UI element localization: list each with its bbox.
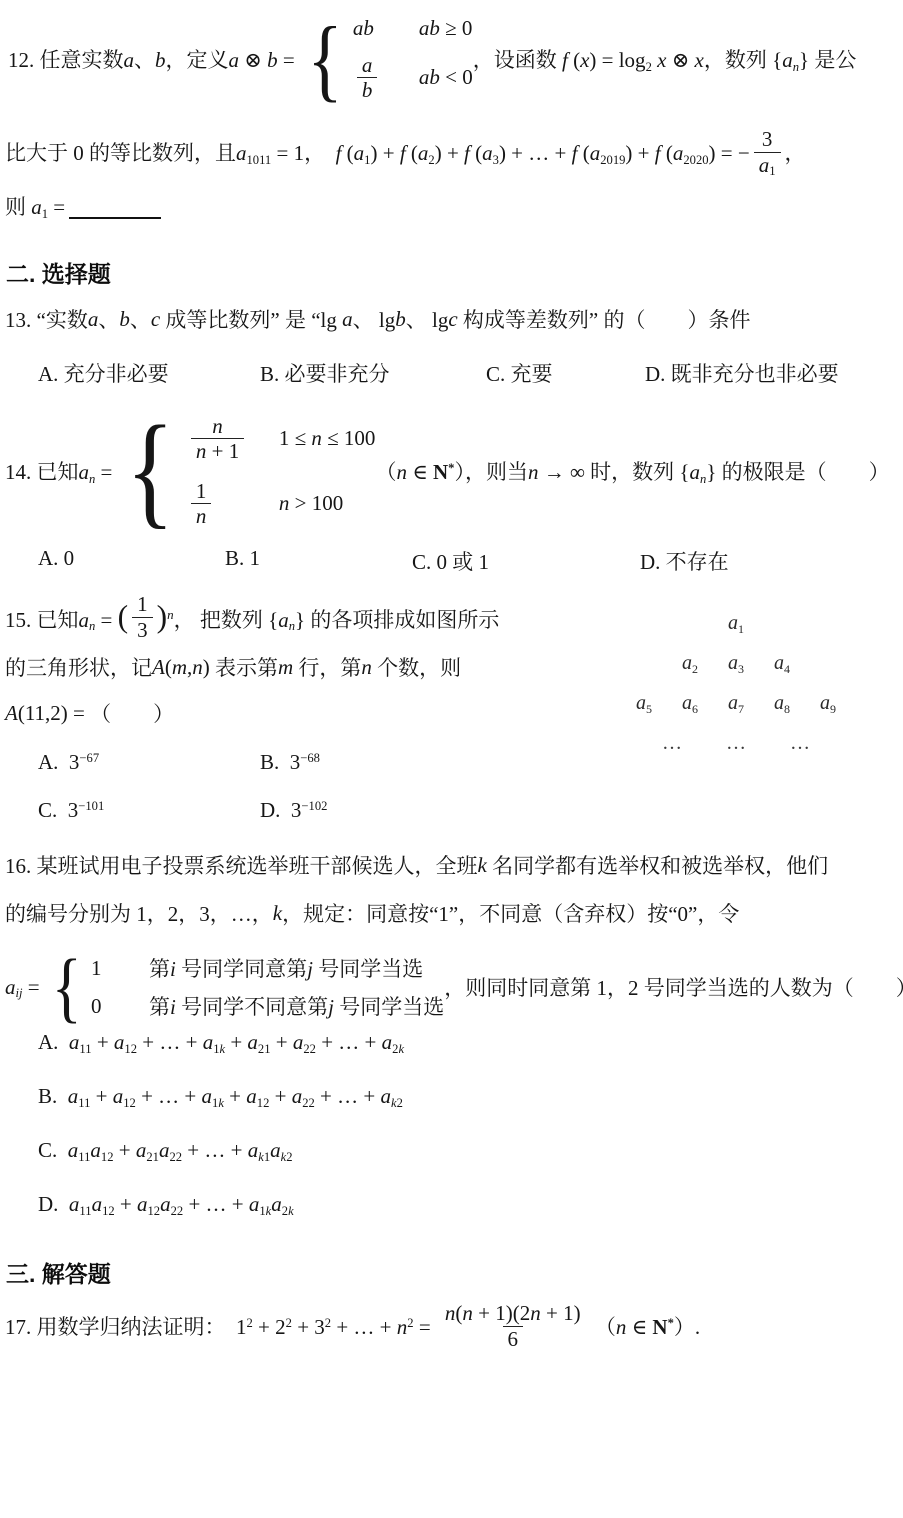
- fraction-1-over-3: 1 3: [132, 592, 153, 641]
- piecewise-definition-q12: { ab ab ≥ 0 a b ab < 0: [295, 16, 473, 102]
- piecewise-value: 1: [91, 956, 149, 981]
- section-heading-free-response: 三. 解答题: [6, 1256, 111, 1289]
- piecewise-row: a b ab < 0: [353, 53, 473, 102]
- value-ab: ab: [353, 16, 374, 41]
- option-16-b: B. a11 + a12 + … + a1k + a12 + a22 + … +…: [38, 1084, 403, 1109]
- section-heading-multiple-choice: 二. 选择题: [6, 256, 111, 289]
- condition-ab-ge-0: ab ≥ 0: [419, 16, 473, 41]
- left-brace: {: [126, 417, 174, 524]
- q16-aij-lhs: aij =: [5, 975, 40, 1000]
- q17-domain-note: （n ∈ N*）.: [590, 1311, 701, 1341]
- fraction-denominator: n: [191, 503, 212, 528]
- option-14-b: B. 1: [225, 546, 260, 571]
- q12-definition-lhs: 12. 任意实数a、b，定义a ⊗ b =: [8, 44, 295, 74]
- left-brace: {: [307, 20, 342, 98]
- question-15-line-3: A(11,2) = （ ）: [5, 698, 174, 728]
- piecewise-value: n n + 1: [187, 414, 279, 463]
- triangle-row-1: a1: [598, 612, 874, 635]
- option-13-d: D. 既非充分也非必要: [645, 358, 839, 388]
- option-13-b: B. 必要非充分: [260, 358, 390, 388]
- condition-1-le-n-le-100: 1 ≤ n ≤ 100: [279, 426, 376, 451]
- question-14-stem: 14. 已知an = { n n + 1 1 ≤ n ≤ 100: [5, 396, 890, 546]
- piecewise-row: ab ab ≥ 0: [353, 16, 473, 41]
- fraction-denominator: b: [357, 77, 378, 102]
- piecewise-row: 0 第i 号同学不同意第j 号同学当选: [91, 991, 444, 1021]
- q15-lhs: 15. 已知an = (: [5, 601, 128, 634]
- q12-function-definition: ，设函数 f (x) = log2 x ⊗ x，数列 {an} 是公: [473, 44, 857, 74]
- option-15-d: D. 3−102: [260, 798, 327, 823]
- q12-answer-lhs: 则 a1 =: [5, 191, 65, 221]
- option-16-c: C. a11a12 + a21a22 + … + ak1ak2: [38, 1138, 293, 1163]
- q12-series-sum: 比大于 0 的等比数列，且a1011 = 1， f (a1) + f (a2) …: [5, 137, 750, 167]
- question-12-line-1: 12. 任意实数a、b，定义a ⊗ b = { ab ab ≥ 0 a b ab…: [8, 4, 856, 114]
- fraction-induction-formula: n(n + 1)(2n + 1) 6: [440, 1301, 586, 1350]
- triangle-row-3: a5a6a7a8a9: [598, 692, 874, 715]
- value-0: 0: [91, 994, 102, 1019]
- option-15-b: B. 3−68: [260, 750, 320, 775]
- condition-n-gt-100: n > 100: [279, 491, 343, 516]
- option-14-d: D. 不存在: [640, 546, 729, 576]
- q14-lhs: 14. 已知an =: [5, 456, 112, 486]
- answer-blank: [69, 193, 161, 218]
- fraction-numerator: a: [357, 53, 378, 77]
- piecewise-rows: 1 第i 号同学同意第j 号同学当选 0 第i 号同学不同意第j 号同学当选: [91, 953, 444, 1021]
- question-13-options: A. 充分非必要 B. 必要非充分 C. 充要 D. 既非充分也非必要: [0, 358, 903, 388]
- piecewise-value: a b: [353, 53, 419, 102]
- piecewise-row: 1 第i 号同学同意第j 号同学当选: [91, 953, 444, 983]
- fraction-denominator: 6: [503, 1326, 524, 1351]
- option-13-c: C. 充要: [486, 358, 553, 388]
- q14-limit-question: （n ∈ N*），则当n → ∞ 时，数列 {an} 的极限是（ ）: [375, 456, 889, 486]
- piecewise-value: 1 n: [187, 479, 279, 528]
- fraction-numerator: 3: [757, 127, 778, 151]
- option-14-a: A. 0: [38, 546, 74, 571]
- piecewise-definition-q14: { n n + 1 1 ≤ n ≤ 100 1 n: [112, 414, 375, 529]
- condition-disagree: 第i 号同学不同意第j 号同学当选: [149, 991, 444, 1021]
- question-17-stem: 17. 用数学归纳法证明： 12 + 22 + 32 + … + n2 = n(…: [5, 1286, 700, 1366]
- question-15-line-1: 15. 已知an = ( 1 3 )n， 把数列 {an} 的各项排成如图所示: [5, 586, 499, 648]
- option-16-a: A. a11 + a12 + … + a1k + a21 + a22 + … +…: [38, 1030, 404, 1055]
- piecewise-rows: ab ab ≥ 0 a b ab < 0: [353, 16, 473, 102]
- q12-line-2-comma: ，: [785, 137, 806, 167]
- q16-question-tail: ，则同时同意第 1，2 号同学当选的人数为（ ）: [444, 972, 903, 1002]
- piecewise-definition-q16: { 1 第i 号同学同意第j 号同学当选 0 第i 号同学不同意第j 号同学当选: [40, 953, 445, 1021]
- value-1: 1: [91, 956, 102, 981]
- piecewise-rows: n n + 1 1 ≤ n ≤ 100 1 n n > 100: [187, 414, 376, 529]
- fraction-n-over-n-plus-1: n n + 1: [191, 414, 244, 463]
- left-brace: {: [51, 954, 81, 1020]
- option-15-a: A. 3−67: [38, 750, 99, 775]
- condition-agree: 第i 号同学同意第j 号同学当选: [149, 953, 423, 983]
- question-16-line-2: 的编号分别为 1，2，3，…，k，规定：同意按“1”，不同意（含弃权）按“0”，…: [5, 898, 739, 928]
- piecewise-row: 1 n n > 100: [187, 479, 376, 528]
- question-12-line-3: 则 a1 =: [5, 192, 161, 220]
- question-16-piecewise-line: aij = { 1 第i 号同学同意第j 号同学当选 0 第i 号同学不同意第j…: [5, 940, 903, 1034]
- question-16-line-1: 16. 某班试用电子投票系统选举班干部候选人，全班k 名同学都有选举权和被选举权…: [5, 850, 828, 880]
- fraction-denominator: n + 1: [191, 438, 244, 463]
- option-16-d: D. a11a12 + a12a22 + … + a1ka2k: [38, 1192, 294, 1217]
- question-13-stem: 13. “实数a、b、c 成等比数列” 是 “lg a、 lgb、 lgc 构成…: [5, 304, 750, 334]
- fraction-1-over-n: 1 n: [191, 479, 212, 528]
- q15-sequence-description: )n， 把数列 {an} 的各项排成如图所示: [157, 601, 500, 634]
- question-15-options-row-2: C. 3−101 D. 3−102: [0, 798, 903, 828]
- fraction-numerator: n: [207, 414, 228, 438]
- piecewise-value: ab: [353, 16, 419, 41]
- question-14-options: A. 0 B. 1 C. 0 或 1 D. 不存在: [0, 546, 903, 576]
- fraction-numerator: 1: [191, 479, 212, 503]
- triangle-row-ellipsis: ………: [598, 732, 874, 755]
- question-15-line-2: 的三角形状，记A(m,n) 表示第m 行，第n 个数，则: [5, 652, 461, 682]
- fraction-3-over-a1: 3 a1: [754, 127, 781, 176]
- piecewise-row: n n + 1 1 ≤ n ≤ 100: [187, 414, 376, 463]
- fraction-a-over-b: a b: [357, 53, 378, 102]
- fraction-denominator: 3: [132, 617, 153, 642]
- option-13-a: A. 充分非必要: [38, 358, 169, 388]
- exam-page: 12. 任意实数a、b，定义a ⊗ b = { ab ab ≥ 0 a b ab…: [0, 0, 903, 1518]
- q17-sum-of-squares: 17. 用数学归纳法证明： 12 + 22 + 32 + … + n2 =: [5, 1311, 436, 1341]
- option-14-c: C. 0 或 1: [412, 546, 489, 576]
- triangle-diagram: a1 a2a3a4 a5a6a7a8a9 ………: [598, 612, 874, 755]
- triangle-row-2: a2a3a4: [598, 652, 874, 675]
- fraction-denominator: a1: [754, 152, 781, 177]
- question-12-line-2: 比大于 0 的等比数列，且a1011 = 1， f (a1) + f (a2) …: [5, 114, 806, 190]
- fraction-numerator: 1: [132, 592, 153, 616]
- condition-ab-lt-0: ab < 0: [419, 65, 473, 90]
- piecewise-value: 0: [91, 994, 149, 1019]
- fraction-numerator: n(n + 1)(2n + 1): [440, 1301, 586, 1325]
- option-15-c: C. 3−101: [38, 798, 104, 823]
